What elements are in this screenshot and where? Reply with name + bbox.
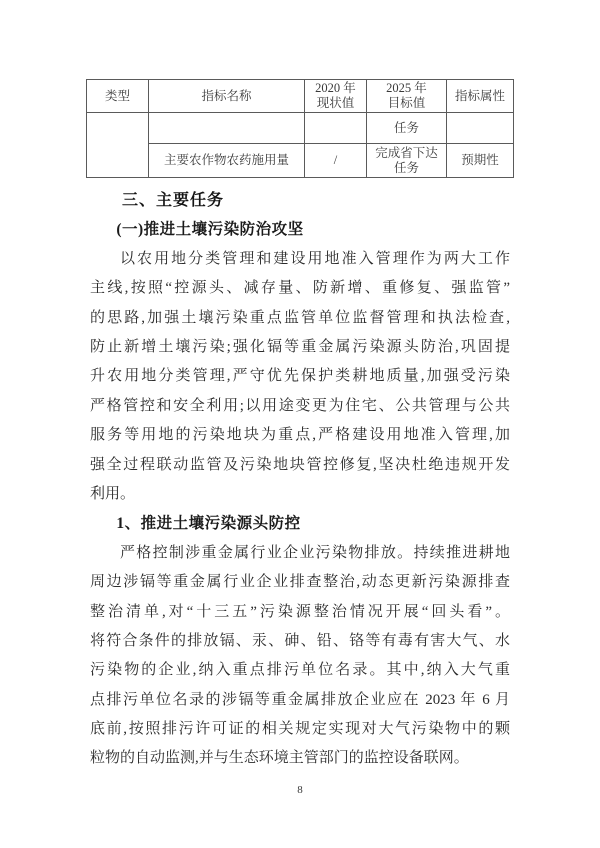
table-header-indicator-name: 指标名称 [149,80,305,113]
table-cell-pesticide-current: / [305,144,367,178]
item-heading: 1、推进土壤污染源头防控 [90,509,510,538]
indicator-table: 类型 指标名称 2020 年 现状值 2025 年 目标值 指标属性 任务 主要… [86,79,514,178]
table-header-2020-current: 2020 年 现状值 [305,80,367,113]
text-line: 利用。 [90,480,510,509]
text-line: 的思路,加强土壤污染重点监管单位监督管理和执法检查, [90,304,510,333]
table-cell-pesticide-attribute: 预期性 [447,144,514,178]
text-line: 严格管控和安全利用;以用途变更为住宅、公共管理与公共 [90,392,510,421]
text-line: 强全过程联动监管及污染地块管控修复,坚决杜绝违规开发 [90,451,510,480]
text-line: 服务等用地的污染地块为重点,严格建设用地准入管理,加 [90,421,510,450]
table-cell-attribute-empty [447,113,514,144]
text-line: 粒物的自动监测,并与生态环境主管部门的监控设备联网。 [90,744,510,773]
table-header-row: 类型 指标名称 2020 年 现状值 2025 年 目标值 指标属性 [87,80,514,113]
table-cell-current-empty [305,113,367,144]
text-line: 主线,按照“控源头、减存量、防新增、重修复、强监管” [90,274,510,303]
paragraph-2: 严格控制涉重金属行业企业污染物排放。持续推进耕地 周边涉镉等重金属行业企业排查整… [90,539,510,774]
table-header-2025-target: 2025 年 目标值 [367,80,447,113]
page-number: 8 [0,784,600,796]
text-line: 底前,按照排污许可证的相关规定实现对大气污染物中的颗 [90,715,510,744]
text-line: 以农用地分类管理和建设用地准入管理作为两大工作 [90,245,510,274]
subsection-heading: (一)推进土壤污染防治攻坚 [90,215,510,244]
table-row-pesticide: 主要农作物农药施用量 / 完成省下达 任务 预期性 [87,144,514,178]
text-line: 周边涉镉等重金属行业企业排查整治,动态更新污染源排查 [90,568,510,597]
table-cell-pesticide-target: 完成省下达 任务 [367,144,447,178]
table-header-attribute: 指标属性 [447,80,514,113]
paragraph-1: 以农用地分类管理和建设用地准入管理作为两大工作 主线,按照“控源头、减存量、防新… [90,245,510,510]
document-page: 类型 指标名称 2020 年 现状值 2025 年 目标值 指标属性 任务 主要… [0,0,600,848]
table-cell-target-task: 任务 [367,113,447,144]
text-line: 点排污单位名录的涉镉等重金属排放企业应在 2023 年 6 月 [90,686,510,715]
table-cell-pesticide-name: 主要农作物农药施用量 [149,144,305,178]
table-cell-name-empty [149,113,305,144]
text-line: 升农用地分类管理,严守优先保护类耕地质量,加强受污染 [90,362,510,391]
text-line: 整治清单,对“十三五”污染源整治情况开展“回头看”。 [90,598,510,627]
text-line: 防止新增土壤污染;强化镉等重金属污染源头防治,巩固提 [90,333,510,362]
table-row-continued: 任务 [87,113,514,144]
table-header-type: 类型 [87,80,149,113]
text-line: 污染物的企业,纳入重点排污单位名录。其中,纳入大气重 [90,656,510,685]
section-heading: 三、主要任务 [90,186,510,215]
text-line: 将符合条件的排放镉、汞、砷、铅、铬等有毒有害大气、水 [90,627,510,656]
text-line: 严格控制涉重金属行业企业污染物排放。持续推进耕地 [90,539,510,568]
table-cell-type-empty [87,113,149,178]
